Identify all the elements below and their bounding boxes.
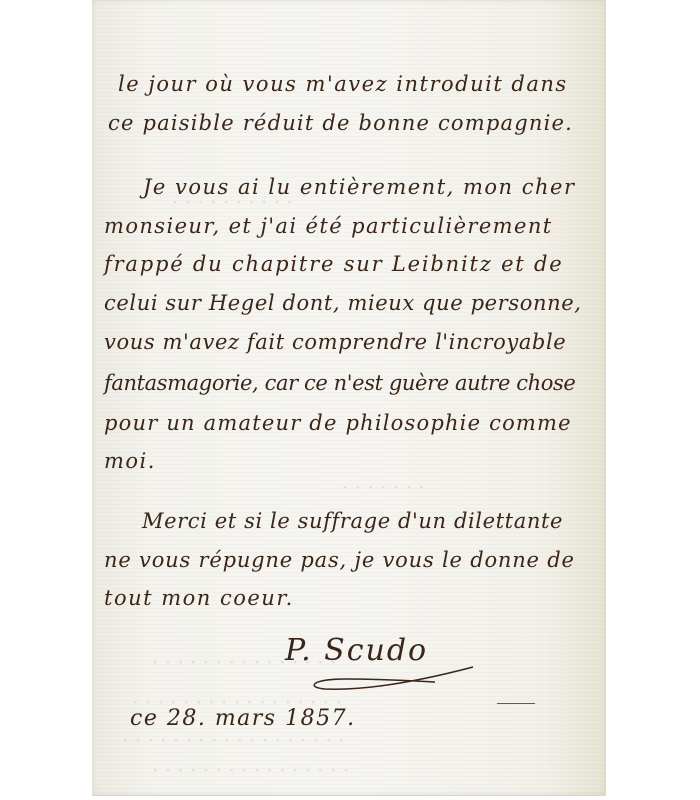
bleed-through-text: · · · · · · · · · · · · · · · · · · <box>122 728 345 752</box>
letter-line-1: le jour où vous m'avez introduit dans <box>118 72 568 96</box>
letter-line-13: tout mon coeur. <box>104 586 294 610</box>
letter-line-8: fantasmagorie, car ce n'est guère autre … <box>104 371 575 395</box>
underline-mark <box>497 703 535 704</box>
letter-line-12: ne vous répugne pas, je vous le donne de <box>104 548 575 572</box>
letter-line-3: Je vous ai lu entièrement, mon cher <box>143 175 576 199</box>
bleed-through-text: · · · · · · · <box>342 475 425 499</box>
letter-line-10: moi. <box>104 449 156 473</box>
letter-line-9: pour un amateur de philosophie comme <box>104 411 572 435</box>
letter-line-4: monsieur, et j'ai été particulièrement <box>104 214 553 238</box>
letter-line-6: celui sur Hegel dont, mieux que personne… <box>104 291 582 315</box>
letter-date: ce 28. mars 1857. <box>130 706 356 731</box>
letter-line-5: frappé du chapitre sur Leibnitz et de <box>104 252 564 276</box>
letter-line-11: Merci et si le suffrage d'un dilettante <box>142 509 563 533</box>
letter-line-7: vous m'avez fait comprendre l'incroyable <box>104 330 566 354</box>
signature-flourish <box>305 665 475 695</box>
bleed-through-text: · · · · · · · · · · · · · · · · <box>152 758 349 782</box>
signature: P. Scudo <box>285 633 428 668</box>
letter-line-2: ce paisible réduit de bonne compagnie. <box>108 111 573 135</box>
